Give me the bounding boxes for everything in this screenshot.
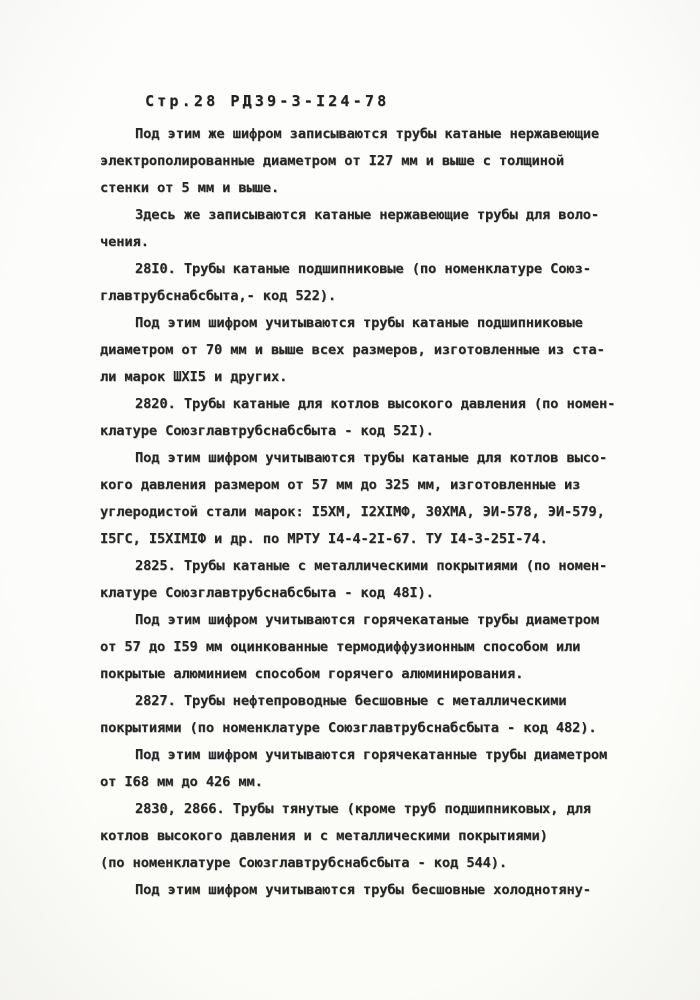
paragraph: 2820. Трубы катаные для котлов высокого … — [100, 391, 630, 445]
text-line: диаметром от 70 мм и выше всех размеров,… — [100, 337, 630, 364]
text-line: покрытиями (по номенклатуре Союзглавтруб… — [100, 715, 630, 742]
text-line: Под этим шифром учитываются трубы бесшов… — [100, 877, 630, 904]
text-line: от I68 мм до 426 мм. — [100, 769, 630, 796]
text-line: 2825. Трубы катаные с металлическими пок… — [100, 553, 630, 580]
paragraph: Под этим же шифром записываются трубы ка… — [100, 121, 630, 202]
text-line: от 57 до I59 мм оцинкованные термодиффуз… — [100, 634, 630, 661]
paragraph: Под этим шифром учитываются горячекатаны… — [100, 607, 630, 688]
text-line: 28I0. Трубы катаные подшипниковые (по но… — [100, 256, 630, 283]
paragraph: Под этим шифром учитываются трубы бесшов… — [100, 877, 630, 904]
text-line: Под этим шифром учитываются горячекатаны… — [100, 607, 630, 634]
document-number: РД39-3-I24-78 — [230, 92, 389, 110]
paragraph: Под этим шифром учитываются трубы катаны… — [100, 445, 630, 553]
text-line: Под этим шифром учитываются горячекатанн… — [100, 742, 630, 769]
text-line: клатуре Союзглавтрубснабсбыта - код 52I)… — [100, 418, 630, 445]
text-line: электрополированные диаметром от I27 мм … — [100, 148, 630, 175]
text-line: Под этим шифром учитываются трубы катаны… — [100, 445, 630, 472]
text-line: I5ГС, I5ХIМIФ и др. по МРТУ I4-4-2I-67. … — [100, 526, 630, 553]
text-line: стенки от 5 мм и выше. — [100, 175, 630, 202]
text-line: ли марок ШХI5 и других. — [100, 364, 630, 391]
text-line: Здесь же записываются катаные нержавеющи… — [100, 202, 630, 229]
paragraph: Под этим шифром учитываются горячекатанн… — [100, 742, 630, 796]
page-header: Стр.28РД39-3-I24-78 — [96, 74, 389, 128]
text-line: 2827. Трубы нефтепроводные бесшовные с м… — [100, 688, 630, 715]
paragraph: Здесь же записываются катаные нержавеющи… — [100, 202, 630, 256]
paragraph: 2825. Трубы катаные с металлическими пок… — [100, 553, 630, 607]
text-line: Под этим шифром учитываются трубы катаны… — [100, 310, 630, 337]
text-line: клатуре Союзглавтрубснабсбыта - код 48I)… — [100, 580, 630, 607]
paragraph: Под этим шифром учитываются трубы катаны… — [100, 310, 630, 391]
text-line: 2830, 2866. Трубы тянутые (кроме труб по… — [100, 796, 630, 823]
text-line: (по номенклатуре Союзглавтрубснабсбыта -… — [100, 850, 630, 877]
paragraph: 28I0. Трубы катаные подшипниковые (по но… — [100, 256, 630, 310]
text-line: чения. — [100, 229, 630, 256]
text-line: главтрубснабсбыта,- код 522). — [100, 283, 630, 310]
text-line: Под этим же шифром записываются трубы ка… — [100, 121, 630, 148]
text-line: углеродистой стали марок: I5ХМ, I2ХIМФ, … — [100, 499, 630, 526]
text-line: кого давления размером от 57 мм до 325 м… — [100, 472, 630, 499]
document-body: Под этим же шифром записываются трубы ка… — [100, 121, 630, 904]
paragraph: 2830, 2866. Трубы тянутые (кроме труб по… — [100, 796, 630, 877]
scanned-document-page: Стр.28РД39-3-I24-78 Под этим же шифром з… — [0, 0, 700, 1000]
text-line: покрытые алюминием способом горячего алю… — [100, 661, 630, 688]
text-line: 2820. Трубы катаные для котлов высокого … — [100, 391, 630, 418]
text-line: котлов высокого давления и с металлическ… — [100, 823, 630, 850]
paragraph: 2827. Трубы нефтепроводные бесшовные с м… — [100, 688, 630, 742]
page-number-label: Стр.28 — [145, 92, 218, 110]
